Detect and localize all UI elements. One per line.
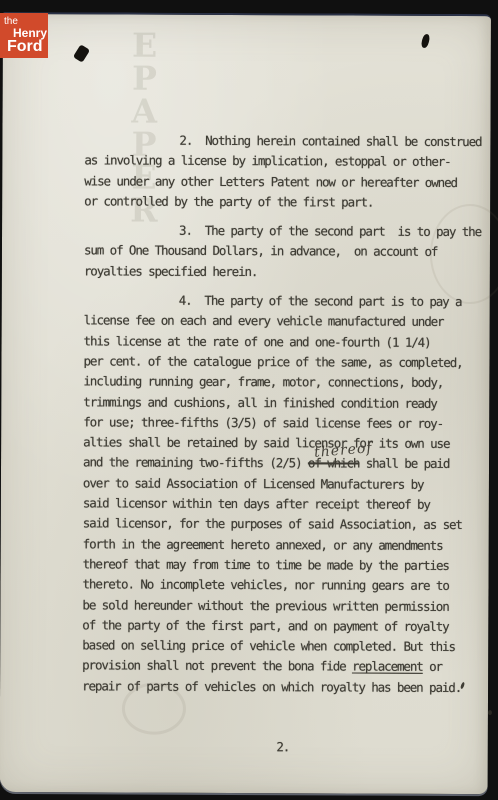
- text-line: including running gear, frame, motor, co…: [83, 372, 469, 394]
- underlined-text: replacement: [352, 659, 423, 674]
- text-line: repair of parts of vehicles on which roy…: [82, 676, 468, 698]
- text-line: based on selling price of vehicle when c…: [82, 635, 468, 657]
- document-page: E P A P E R 2. Nothing herein contained …: [0, 12, 491, 794]
- ink-speck: [488, 710, 492, 715]
- text-line-with-correction: and the remaining two-fifths (2/5) of wh…: [83, 453, 469, 475]
- text-line: license fee on each and every vehicle ma…: [84, 311, 470, 333]
- watermark-letter: E: [132, 29, 157, 62]
- paragraph-3: 3. The party of the second part is to pa…: [84, 221, 470, 284]
- text-line: trimmings and cushions, all in finished …: [83, 392, 469, 414]
- paragraph-4: 4. The party of the second part is to pa…: [82, 290, 470, 698]
- corrected-segment: of whichthereof: [308, 456, 359, 471]
- text-line: alties shall be retained by said licenso…: [83, 433, 469, 455]
- logo-text-ford: Ford: [7, 39, 48, 55]
- text-line-with-underline: provision shall not prevent the bona fid…: [82, 656, 468, 678]
- text-segment: or: [423, 659, 442, 674]
- text-line: royalties specified herein.: [84, 261, 470, 283]
- paragraph-2: 2. Nothing herein contained shall be con…: [84, 130, 470, 213]
- text-line: said licensor within ten days after rece…: [83, 493, 469, 515]
- text-line: forth in the agreement hereto annexed, o…: [83, 534, 469, 556]
- text-line: per cent. of the catalogue price of the …: [83, 351, 469, 373]
- text-line: as involving a license by implication, e…: [84, 151, 470, 173]
- text-line: over to said Association of Licensed Man…: [83, 473, 469, 495]
- watermark-letter: A: [131, 95, 157, 128]
- text-line: be sold hereunder without the previous w…: [82, 595, 468, 617]
- text-line: this license at the rate of one and one-…: [84, 331, 470, 353]
- text-segment: provision shall not prevent the bona fid…: [82, 658, 352, 674]
- text-line: 4. The party of the second part is to pa…: [84, 290, 470, 312]
- page-number: 2.: [82, 736, 468, 758]
- text-line: wise under any other Letters Patent now …: [84, 171, 470, 193]
- text-line: for use; three-fifths (3/5) of said lice…: [83, 412, 469, 434]
- henry-ford-logo: the Henry Ford: [0, 13, 48, 58]
- text-line: thereto. No incomplete vehicles, nor run…: [82, 575, 468, 597]
- scanned-document: E P A P E R 2. Nothing herein contained …: [0, 0, 498, 800]
- text-line: 2. Nothing herein contained shall be con…: [84, 130, 470, 152]
- text-line: sum of One Thousand Dollars, in advance,…: [84, 241, 470, 263]
- text-line: thereof that may from time to time be ma…: [83, 554, 469, 576]
- text-line: of the party of the first part, and on p…: [82, 615, 468, 637]
- typed-text-block: 2. Nothing herein contained shall be con…: [82, 130, 471, 758]
- text-line: said licensor, for the purposes of said …: [83, 514, 469, 536]
- watermark-letter: P: [132, 62, 157, 95]
- text-segment: and the remaining two-fifths (2/5): [83, 455, 308, 471]
- text-line: or controlled by the party of the first …: [84, 191, 470, 213]
- text-line: 3. The party of the second part is to pa…: [84, 221, 470, 243]
